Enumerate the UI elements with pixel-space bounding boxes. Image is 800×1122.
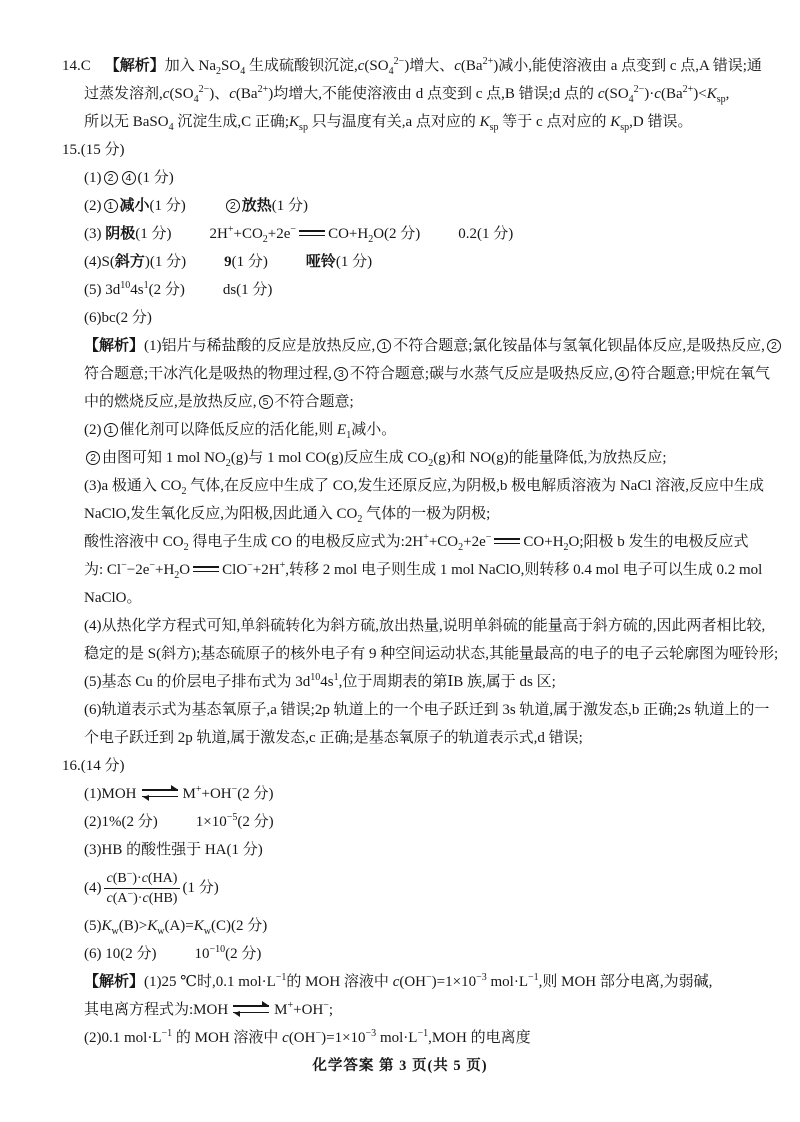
text-line: 中的燃烧反应,是放热反应,5不符合题意; — [84, 388, 758, 416]
text-line: (6)bc(2 分) — [84, 304, 758, 332]
text-line: 15.(15 分) — [62, 136, 758, 164]
text-line: (3) 阴极(1 分)2H++CO2+2e−CO+H2O(2 分)0.2(1 分… — [84, 220, 758, 248]
text-line: 【解析】(1)铝片与稀盐酸的反应是放热反应,1不符合题意;氯化铵晶体与氢氧化钡晶… — [84, 332, 758, 360]
text-line: (6)轨道表示式为基态氧原子,a 错误;2p 轨道上的一个电子跃迁到 3s 轨道… — [84, 696, 758, 724]
text-line: (4)从热化学方程式可知,单斜硫转化为斜方硫,放出热量,说明单斜硫的能量高于斜方… — [84, 612, 758, 640]
text-line: (5) 3d104s1(2 分)ds(1 分) — [84, 276, 758, 304]
text-line: 稳定的是 S(斜方);基态硫原子的核外电子有 9 种空间运动状态,其能量最高的电… — [84, 640, 758, 668]
text-line: (4)c(B−)·c(HA)c(A−)·c(HB)(1 分) — [84, 864, 758, 912]
text-line: 其电离方程式为:MOHM++OH−; — [84, 996, 758, 1024]
document-body: 14.C【解析】加入 Na2SO4 生成硫酸钡沉淀,c(SO42−)增大、c(B… — [62, 52, 758, 1052]
text-line: (2)1催化剂可以降低反应的活化能,则 E1减小。 — [84, 416, 758, 444]
text-line: (3)HB 的酸性强于 HA(1 分) — [84, 836, 758, 864]
text-line: (4)S(斜方)(1 分)9(1 分)哑铃(1 分) — [84, 248, 758, 276]
text-line: NaClO,发生氧化反应,为阳极,因此通入 CO2 气体的一极为阴极; — [84, 500, 758, 528]
text-line: 14.C【解析】加入 Na2SO4 生成硫酸钡沉淀,c(SO42−)增大、c(B… — [62, 52, 758, 80]
text-line: 酸性溶液中 CO2 得电子生成 CO 的电极反应式为:2H++CO2+2e−CO… — [84, 528, 758, 556]
answer-sheet-page: 14.C【解析】加入 Na2SO4 生成硫酸钡沉淀,c(SO42−)增大、c(B… — [0, 0, 800, 1122]
text-line: (2)1%(2 分)1×10−5(2 分) — [84, 808, 758, 836]
text-line: 个电子跃迁到 2p 轨道,属于激发态,c 正确;是基态氧原子的轨道表示式,d 错… — [84, 724, 758, 752]
page-footer: 化学答案 第 3 页(共 5 页) — [0, 1054, 800, 1075]
text-line: (6) 10(2 分)10−10(2 分) — [84, 940, 758, 968]
text-line: (2)1减小(1 分)2放热(1 分) — [84, 192, 758, 220]
text-line: 2由图可知 1 mol NO2(g)与 1 mol CO(g)反应生成 CO2(… — [84, 444, 758, 472]
text-line: (5)Kw(B)>Kw(A)=Kw(C)(2 分) — [84, 912, 758, 940]
text-line: 所以无 BaSO4 沉淀生成,C 正确;Ksp 只与温度有关,a 点对应的 Ks… — [84, 108, 758, 136]
text-line: 符合题意;干冰汽化是吸热的物理过程,3不符合题意;碳与水蒸气反应是吸热反应,4符… — [84, 360, 758, 388]
text-line: 【解析】(1)25 ℃时,0.1 mol·L−1的 MOH 溶液中 c(OH−)… — [84, 968, 758, 996]
text-line: (1)MOHM++OH−(2 分) — [84, 780, 758, 808]
text-line: 过蒸发溶剂,c(SO42−)、c(Ba2+)均增大,不能使溶液由 d 点变到 c… — [84, 80, 758, 108]
text-line: 16.(14 分) — [62, 752, 758, 780]
text-line: NaClO。 — [84, 584, 758, 612]
text-line: (1)24(1 分) — [84, 164, 758, 192]
text-line: 为: Cl−−2e−+H2OClO−+2H+,转移 2 mol 电子则生成 1 … — [84, 556, 758, 584]
text-line: (5)基态 Cu 的价层电子排布式为 3d104s1,位于周期表的第ⅠB 族,属… — [84, 668, 758, 696]
text-line: (3)a 极通入 CO2 气体,在反应中生成了 CO,发生还原反应,为阴极,b … — [84, 472, 758, 500]
text-line: (2)0.1 mol·L−1 的 MOH 溶液中 c(OH−)=1×10−3 m… — [84, 1024, 758, 1052]
